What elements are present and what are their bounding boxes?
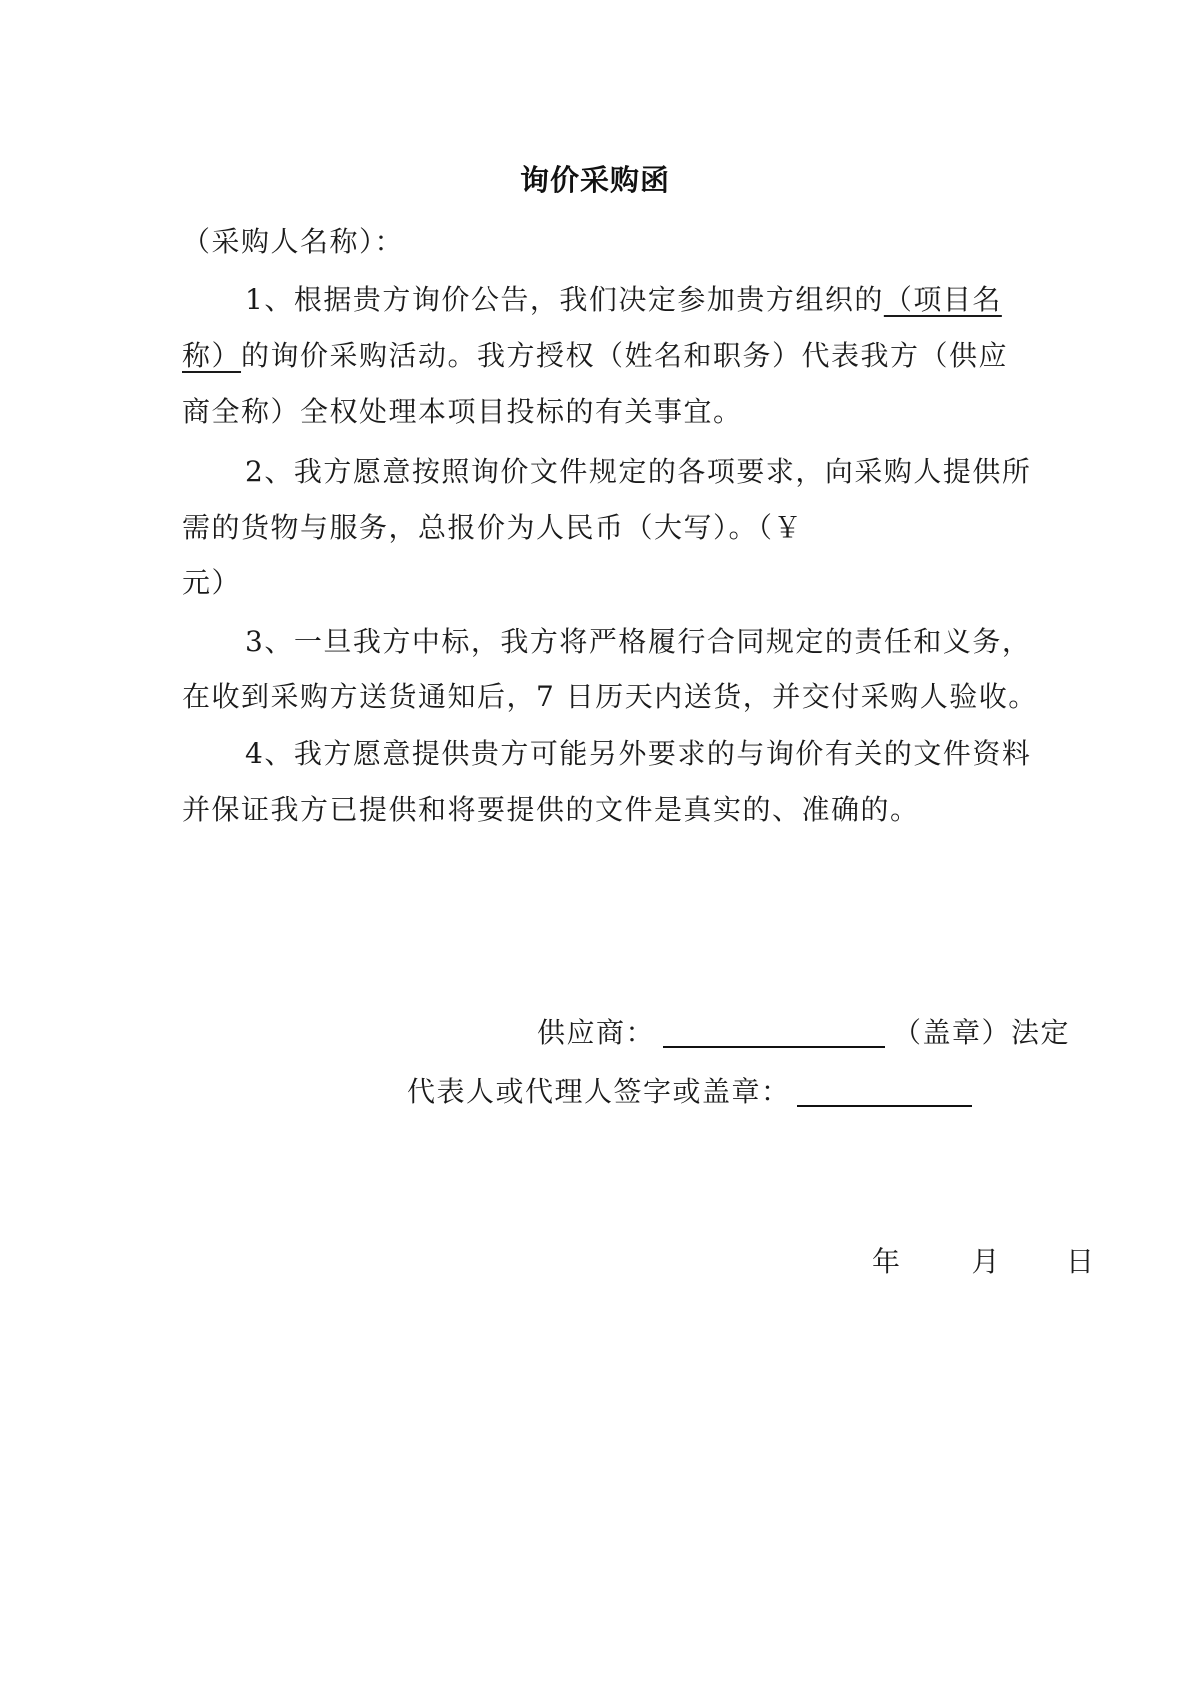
- para2-line2: 需的货物与服务，总报价为人民币（大写）。（￥: [182, 508, 803, 548]
- representative-label: 代表人或代理人签字或盖章：: [407, 1075, 791, 1108]
- para2-line3: 元）: [182, 563, 241, 603]
- para1-line1: 1、根据贵方询价公告，我们决定参加贵方组织的（项目名: [245, 280, 1002, 320]
- representative-blank-field[interactable]: [797, 1075, 972, 1107]
- date-year: 年: [872, 1242, 902, 1282]
- addressee: （采购人名称）：: [182, 222, 404, 262]
- project-name-placeholder-end: 称）: [182, 339, 241, 372]
- para1-text: 1、根据贵方询价公告，我们决定参加贵方组织的: [245, 283, 884, 316]
- para3-line2: 在收到采购方送货通知后，7 日历天内送货，并交付采购人验收。: [182, 677, 1038, 717]
- para4-line2: 并保证我方已提供和将要提供的文件是真实的、准确的。: [182, 790, 920, 830]
- supplier-label: 供应商：: [537, 1016, 655, 1049]
- para1-text: 的询价采购活动。我方授权（姓名和职务）代表我方（供应: [241, 339, 1008, 372]
- document-title: 询价采购函: [0, 158, 1190, 199]
- project-name-placeholder: （项目名: [884, 283, 1002, 316]
- representative-signature-line: 代表人或代理人签字或盖章：: [407, 1072, 972, 1112]
- supplier-blank-field[interactable]: [663, 1016, 885, 1048]
- para1-line3: 商全称）全权处理本项目投标的有关事宜。: [182, 392, 743, 432]
- para2-line1: 2、我方愿意按照询价文件规定的各项要求，向采购人提供所: [245, 452, 1031, 492]
- supplier-signature-line: 供应商：（盖章）法定: [537, 1013, 1070, 1053]
- document-page: 询价采购函 （采购人名称）： 1、根据贵方询价公告，我们决定参加贵方组织的（项目…: [0, 0, 1190, 1683]
- para4-line1: 4、我方愿意提供贵方可能另外要求的与询价有关的文件资料: [245, 734, 1031, 774]
- date-month: 月: [972, 1242, 1002, 1282]
- date-day: 日: [1066, 1242, 1096, 1282]
- para3-line1: 3、一旦我方中标，我方将严格履行合同规定的责任和义务，: [245, 622, 1031, 662]
- para1-line2: 称）的询价采购活动。我方授权（姓名和职务）代表我方（供应: [182, 336, 1008, 376]
- seal-legal-label: （盖章）法定: [893, 1016, 1070, 1049]
- date-line: 年月日: [872, 1242, 1096, 1282]
